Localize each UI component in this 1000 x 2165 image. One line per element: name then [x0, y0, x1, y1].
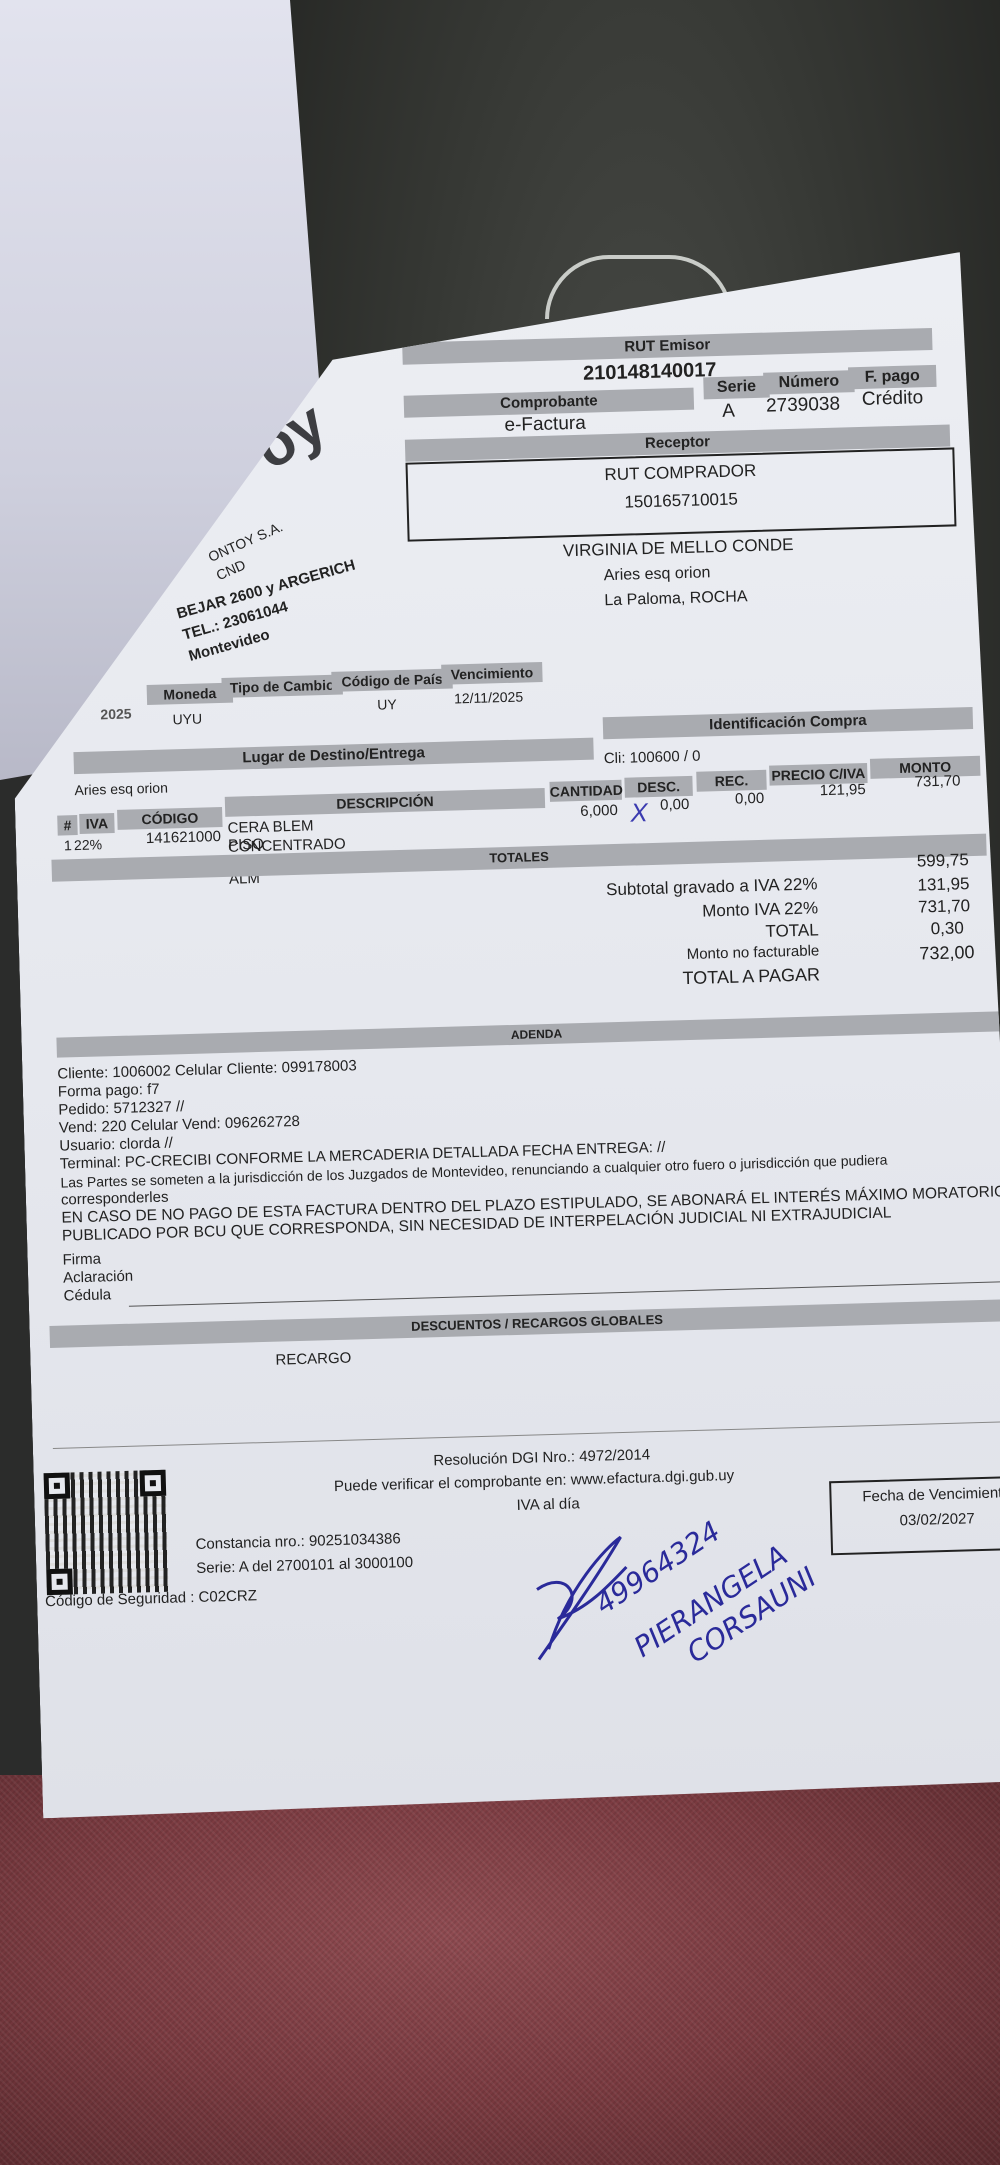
receptor-name: VIRGINIA DE MELLO CONDE: [563, 535, 794, 561]
adenda-text: Cliente: 1006002 Celular Cliente: 099178…: [57, 1039, 1000, 1305]
row-rec: 0,00: [735, 790, 765, 808]
fecha-vencimiento-value: 03/02/2027: [832, 1508, 1000, 1531]
monto-iva-value: 131,95: [917, 874, 970, 895]
background-fabric: [0, 1775, 1000, 2165]
identificacion-label: Identificación Compra: [603, 707, 973, 739]
row-iva: 22%: [74, 836, 102, 853]
rut-emisor-value: 210148140017: [583, 359, 717, 386]
vencimiento-value: 12/11/2025: [454, 689, 523, 707]
numero-label: Número: [763, 370, 855, 395]
row-monto: 731,70: [914, 772, 960, 790]
descuentos-label: DESCUENTOS / RECARGOS GLOBALES: [49, 1299, 1000, 1348]
total-value: 731,70: [918, 896, 971, 917]
qr-finder-icon: [140, 1470, 167, 1497]
total-pagar-value: 732,00: [919, 942, 975, 965]
qr-finder-icon: [46, 1568, 73, 1595]
subtotal-label: Subtotal gravado a IVA 22%: [606, 874, 818, 900]
col-descripcion: DESCRIPCIÓN: [225, 788, 545, 817]
col-cantidad: CANTIDAD: [549, 780, 622, 802]
destino-label: Lugar de Destino/Entrega: [73, 738, 593, 775]
col-codigo: CÓDIGO: [117, 807, 223, 830]
handwritten-x-mark: X: [630, 797, 648, 828]
destino-value: Aries esq orion: [74, 779, 168, 798]
receptor-city: La Paloma, ROCHA: [604, 588, 748, 610]
qr-finder-icon: [44, 1472, 71, 1499]
monto-iva-label: Monto IVA 22%: [702, 898, 818, 921]
total-row-no-facturable: Monto no facturable: [439, 942, 819, 953]
no-facturable-value: 0,30: [930, 918, 964, 939]
codigo-pais-value: UY: [377, 696, 397, 713]
footer-divider: [53, 1421, 1000, 1449]
recargo-label: RECARGO: [275, 1350, 351, 1369]
serie-label: Serie: [703, 376, 770, 400]
row-num: 1: [64, 837, 72, 853]
subtotal-value: 599,75: [917, 850, 970, 871]
qr-code: [44, 1470, 169, 1595]
no-facturable-label: Monto no facturable: [686, 942, 819, 963]
iva-al-dia-text: IVA al día: [516, 1495, 580, 1514]
codigo-pais-label: Código de País: [331, 668, 453, 691]
handwritten-signature: 49964324 PIERANGELA CORSAUNI: [525, 1511, 859, 1670]
col-num: #: [57, 815, 78, 836]
numero-value: 2739038: [766, 394, 841, 418]
moneda-label: Moneda: [147, 683, 234, 705]
fecha-partial: 2025: [100, 705, 132, 722]
resolucion-text: Resolución DGI Nro.: 4972/2014: [433, 1446, 650, 1469]
total-row-iva: Monto IVA 22%: [438, 898, 818, 909]
total-row-subtotal: Subtotal gravado a IVA 22%: [437, 874, 817, 885]
receptor-address: Aries esq orion: [603, 564, 710, 585]
comprobante-value: e-Factura: [504, 413, 586, 437]
col-rec: REC.: [696, 770, 767, 792]
receptor-box: RUT COMPRADOR 150165710015: [405, 447, 956, 541]
serie-value: A: [722, 401, 735, 423]
fpago-value: Crédito: [862, 387, 924, 411]
col-iva: IVA: [79, 813, 115, 834]
serie-rango-text: Serie: A del 2700101 al 3000100: [196, 1554, 413, 1577]
total-row-total: TOTAL: [439, 920, 819, 931]
moneda-value: UYU: [172, 710, 202, 727]
total-pagar-label: TOTAL A PAGAR: [682, 964, 820, 989]
row-precio: 121,95: [820, 781, 866, 799]
total-label: TOTAL: [765, 920, 819, 941]
row-desc: 0,00: [660, 796, 690, 814]
verificar-text: Puede verificar el comprobante en: www.e…: [334, 1467, 735, 1495]
identificacion-value: Cli: 100600 / 0: [604, 748, 701, 768]
col-desc: DESC.: [624, 776, 693, 798]
rut-comprador-value: 150165710015: [408, 483, 953, 518]
constancia-text: Constancia nro.: 90251034386: [195, 1530, 401, 1553]
row-codigo: 141621000: [146, 828, 222, 847]
tipo-cambio-label: Tipo de Cambio: [221, 675, 343, 698]
row-cantidad: 6,000: [580, 802, 618, 820]
fpago-label: F. pago: [848, 365, 937, 389]
fecha-vencimiento-label: Fecha de Vencimiento: [831, 1483, 1000, 1506]
total-row-pagar: TOTAL A PAGAR: [440, 964, 820, 975]
vencimiento-label: Vencimiento: [441, 662, 543, 685]
